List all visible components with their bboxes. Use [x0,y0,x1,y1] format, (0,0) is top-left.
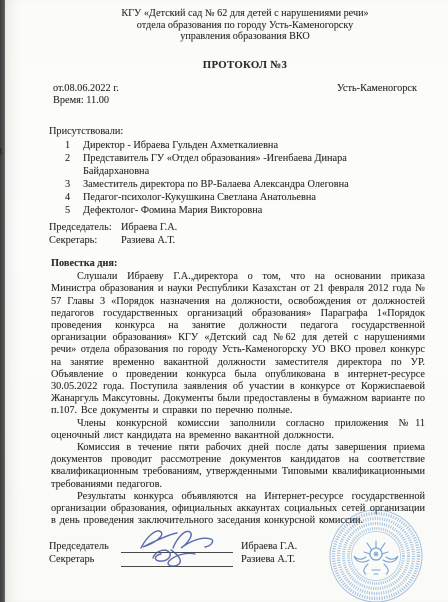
signature-block: Председатель Ибраева Г.А. Секретарь Рази… [49,540,339,567]
attendee-name: Педагог-психолог-Кукушкина Светлана Анат… [83,191,316,204]
date-city-row: от.08.06.2022 г. Усть-Каменогорск [53,83,417,94]
attendee-name: Представитель ГУ «Отдел образования» -Иг… [83,152,405,178]
secretary-signature-line [121,554,233,567]
secretary-signature-ink [127,546,231,570]
document-city: Усть-Каменогорск [337,83,417,94]
attendee-number: 2 [65,152,83,178]
secretary-row: Секретарь: Разиева А.Т. [49,235,177,248]
scan-edge-page-number: 3 [0,147,2,158]
scan-left-border [0,0,5,602]
attendee-number: 5 [65,204,83,217]
secretary-name: Разиева А.Т. [121,235,175,248]
org-line-3: управления образования ВКО [65,31,425,43]
attendees-list: 1 Директор - Ибраева Гульден Ахметкалиев… [65,139,417,217]
agenda-paragraph-1: Слушали Ибраеву Г.А.,директора о том, чт… [51,271,425,417]
attendee-number: 4 [65,191,83,204]
attendee-number: 3 [65,178,83,191]
secretary-label: Секретарь: [49,235,121,248]
signature-chairman-name: Ибраева Г.А. [241,540,297,553]
attendee-name: Заместитель директора по ВР-Балаева Алек… [83,178,349,191]
document-date: от.08.06.2022 г. [53,83,119,94]
kazakhstan-emblem-icon [354,541,398,574]
signature-secretary-label: Секретарь [49,553,121,566]
secretary-signature-row: Секретарь Разиева А.Т. [49,553,339,566]
org-line-2: отдела образования по городу Усть-Камено… [65,20,425,32]
list-item: 2 Представитель ГУ «Отдел образования» -… [65,152,417,178]
agenda-paragraph-3: Комиссия в течение пяти рабочих дней пос… [51,442,425,491]
list-item: 3 Заместитель директора по ВР-Балаева Ал… [65,178,417,191]
chairman-name: Ибраева Г.А. [121,222,177,235]
org-line-1: КГУ «Детский сад № 62 для детей с наруше… [65,8,425,20]
document-title: ПРОТОКОЛ №3 [65,59,425,71]
officers-block: Председатель: Ибраева Г.А. Секретарь: Ра… [49,222,177,247]
chairman-label: Председатель: [49,222,121,235]
signature-chairman-label: Председатель [49,540,121,553]
document-page: КГУ «Детский сад № 62 для детей с наруше… [5,0,448,602]
list-item: 1 Директор - Ибраева Гульден Ахметкалиев… [65,139,417,152]
organization-header: КГУ «Детский сад № 62 для детей с наруше… [65,8,425,43]
agenda-section: Повестка дня: Слушали Ибраеву Г.А.,дирек… [51,258,425,527]
chairman-row: Председатель: Ибраева Г.А. [49,222,177,235]
signature-secretary-name: Разиева А.Т. [241,553,295,566]
attendees-heading: Присутствовали: [49,126,123,137]
list-item: 5 Дефектолог- Фомина Мария Викторовна [65,204,417,217]
list-item: 4 Педагог-психолог-Кукушкина Светлана Ан… [65,191,417,204]
attendee-name: Дефектолог- Фомина Мария Викторовна [83,204,262,217]
attendee-number: 1 [65,139,83,152]
official-round-stamp [328,508,424,602]
document-time: Время: 11.00 [53,95,109,106]
agenda-heading: Повестка дня: [51,258,425,270]
attendee-name: Директор - Ибраева Гульден Ахметкалиевна [83,139,278,152]
agenda-paragraph-2: Члены конкурсной комиссии заполнили согл… [51,418,425,442]
